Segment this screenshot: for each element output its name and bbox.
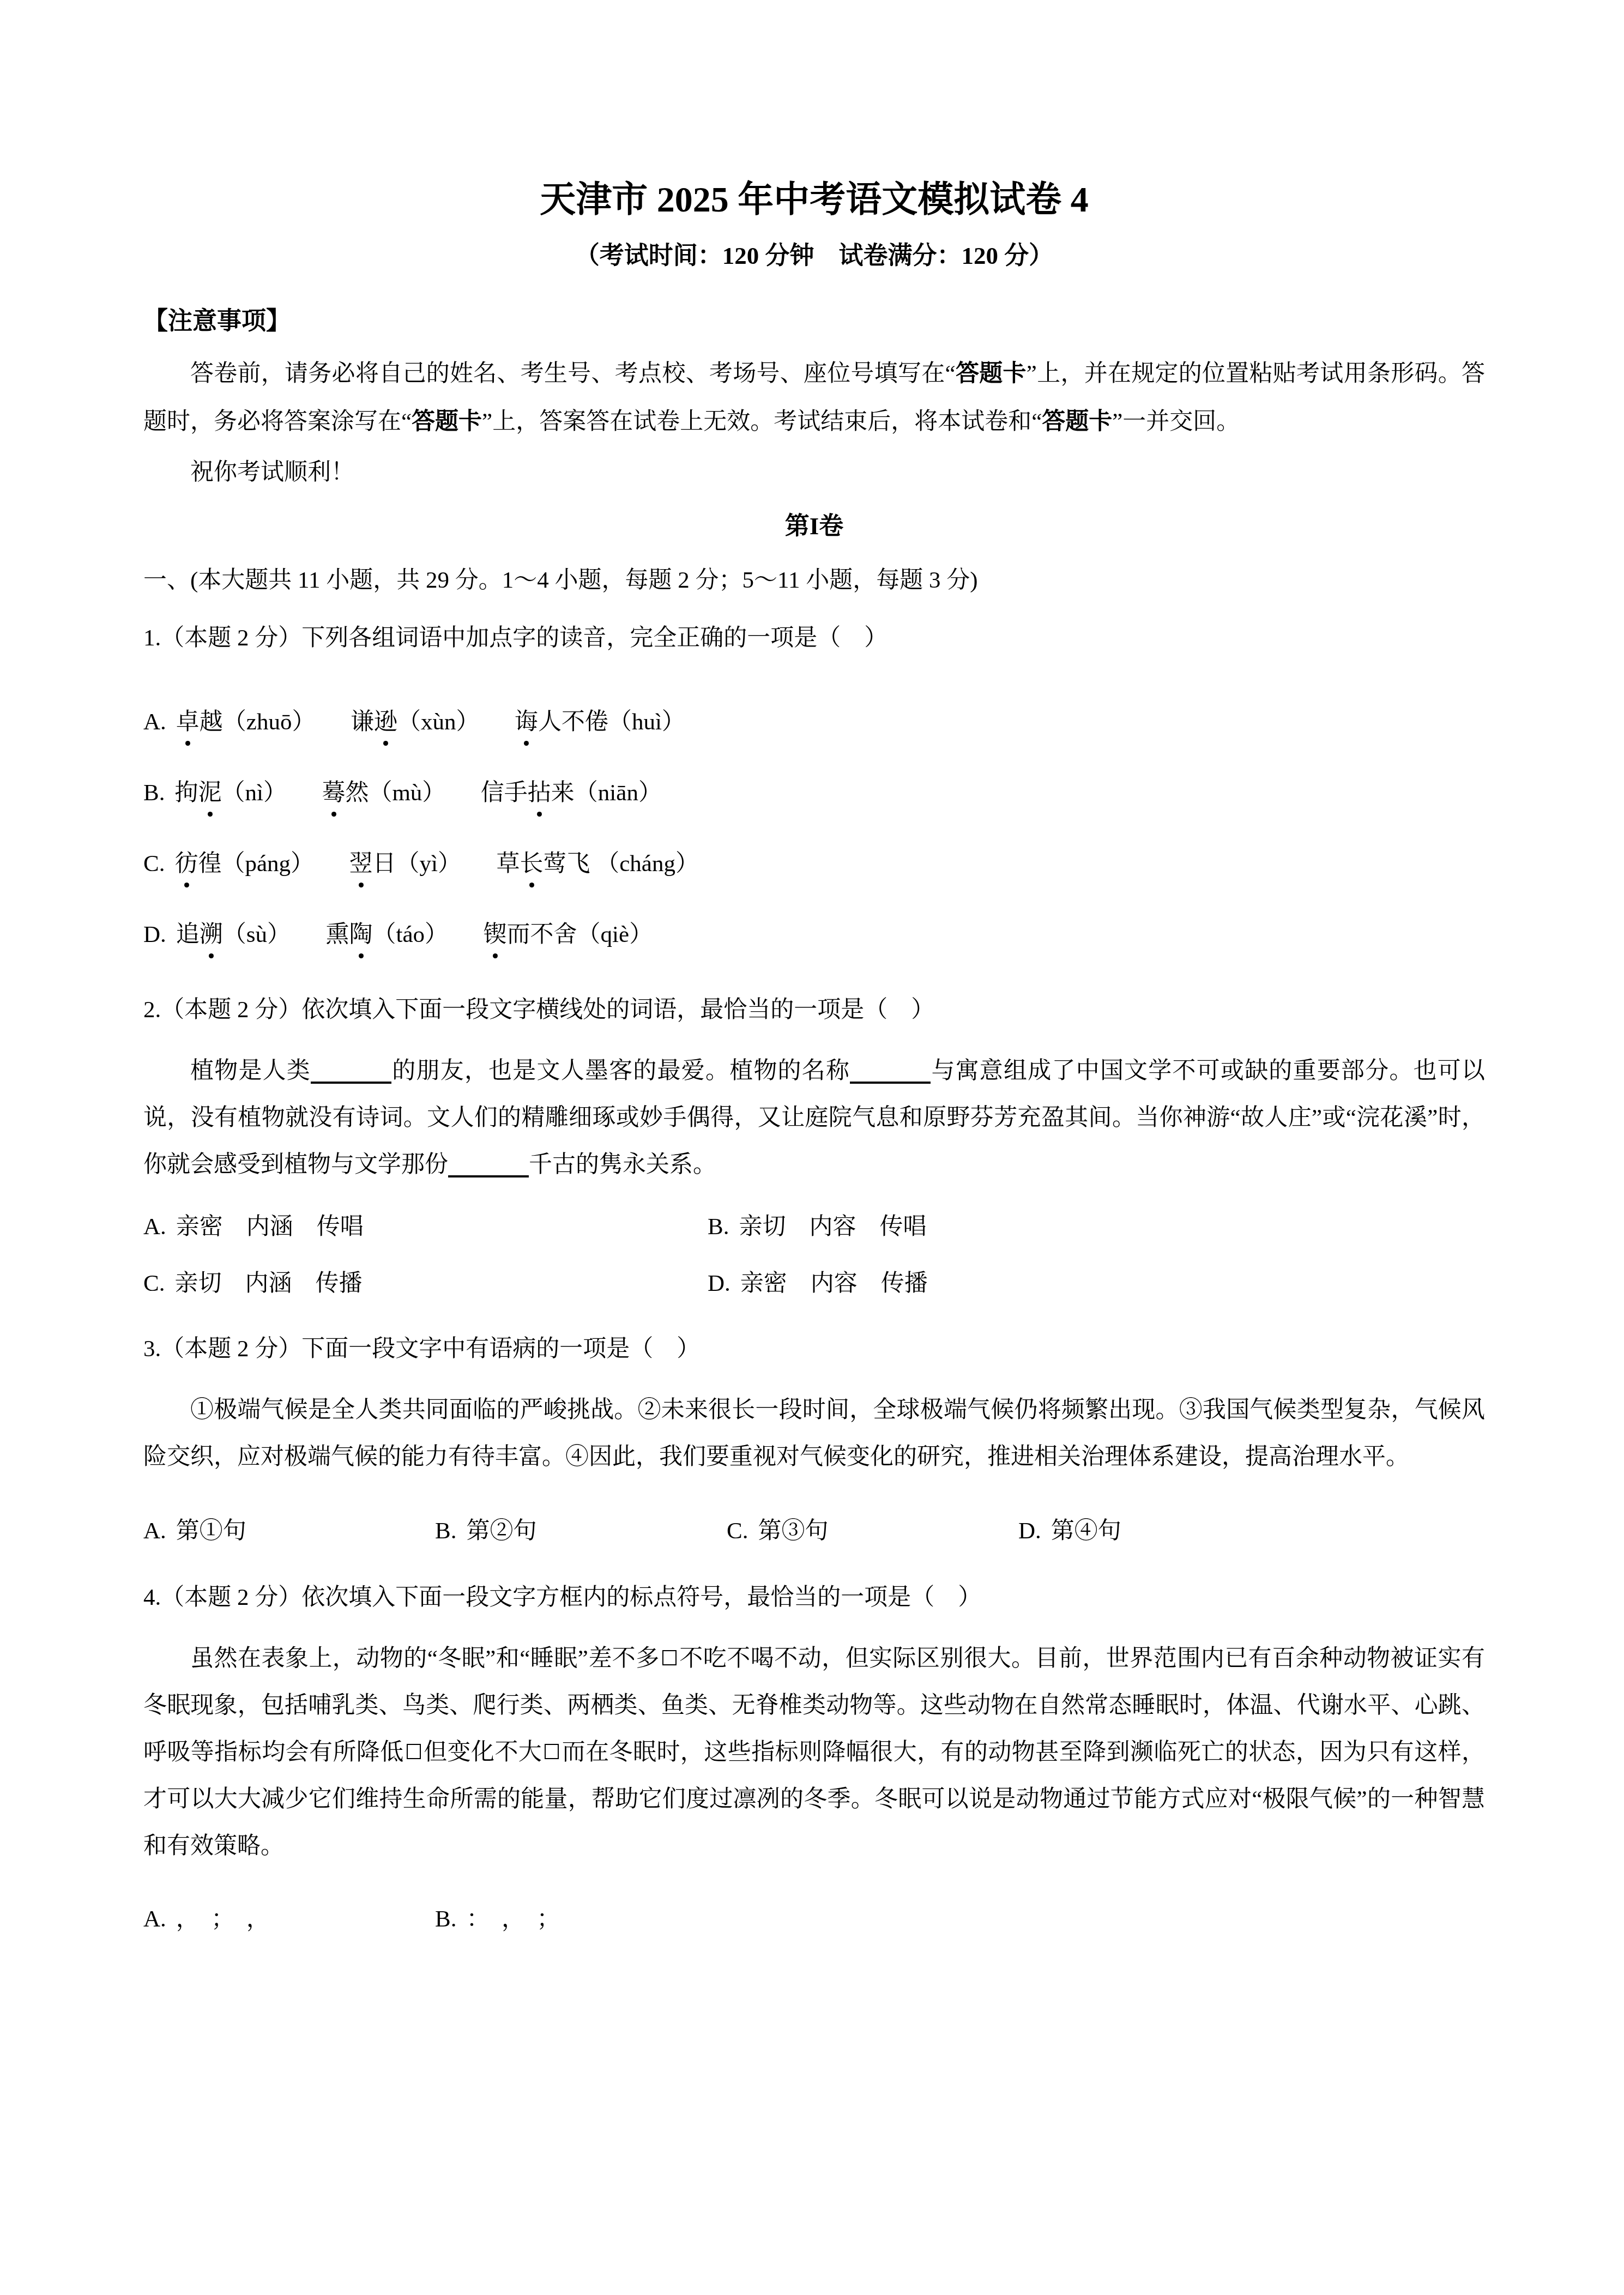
option-label: D. [143,918,166,952]
question-2-options-row-1: A. 亲密 内涵 传唱 B. 亲切 内容 传唱 [143,1210,1485,1244]
text-run: 拘 [174,780,198,806]
text-run: 答卷前，请务必将自己的姓名、考生号、考点校、考场号、座位号填写在“ [190,361,956,386]
question-2-option-c: C. 亲切 内涵 传播 [143,1267,708,1301]
dotted-character: 陶 [349,922,373,947]
question-3: 3.（本题 2 分）下面一段文字中有语病的一项是（ ） ①极端气候是全人类共同面… [143,1332,1485,1548]
option-label: A. [143,1903,166,1936]
dotted-character: 锲 [484,922,507,947]
question-4: 4.（本题 2 分）依次填入下面一段文字方框内的标点符号，最恰当的一项是（ ） … [143,1581,1485,1936]
option-label: A. [143,1514,166,1548]
question-1-option-d: D. 追溯（sù） 熏陶（táo） 锲而不舍（qiè） [143,918,1485,952]
text-run: 来（niān） [551,780,662,806]
text-run: 越（zhuō） [200,709,351,735]
blank-underline [448,1172,529,1177]
text-run: 日（yì） [373,851,497,877]
good-luck-line: 祝你考试顺利！ [143,456,1485,490]
dotted-character: 彷 [174,851,198,877]
text-run: 千古的隽永关系。 [529,1152,716,1177]
question-2: 2.（本题 2 分）依次填入下面一段文字横线处的词语，最恰当的一项是（ ） 植物… [143,993,1485,1301]
option-text: 第①句 [176,1514,246,1548]
option-label: C. [727,1514,748,1548]
question-2-option-a: A. 亲密 内涵 传唱 [143,1210,708,1244]
text-run: ”上，答案答在试卷上无效。考试结束后，将本试卷和“ [482,409,1042,434]
question-2-option-b: B. 亲切 内容 传唱 [708,1210,926,1244]
question-4-passage: 虽然在表象上，动物的“冬眠”和“睡眠”差不多不吃不喝不动，但实际区别很大。目前，… [143,1635,1485,1870]
question-3-stem: 3.（本题 2 分）下面一段文字中有语病的一项是（ ） [143,1332,1485,1366]
question-4-option-b: B. ： ， ； [435,1903,560,1936]
blank-underline [850,1078,931,1084]
notice-paragraph: 答卷前，请务必将自己的姓名、考生号、考点校、考场号、座位号填写在“答题卡”上，并… [143,350,1485,446]
text-run: （sù） [223,922,326,947]
question-3-option-c: C. 第③句 [727,1514,1018,1548]
punctuation-box [545,1744,559,1759]
text-run: （nì） [221,780,322,806]
text-run: 人不倦（huì） [538,709,685,735]
question-1-option-c: C. 彷徨（páng） 翌日（yì） 草长莺飞 （cháng） [143,847,1485,881]
option-text: 亲切 内容 传唱 [739,1210,926,1244]
bold-text: 答题卡 [1042,409,1112,434]
option-label: B. [435,1514,456,1548]
punctuation-box [407,1744,421,1759]
dotted-character: 卓 [176,709,200,735]
option-text: 亲密 内容 传播 [740,1267,928,1301]
option-text: 拘泥（nì） 蓦然（mù） 信手拈来（niān） [174,776,661,810]
question-2-option-d: D. 亲密 内容 传播 [708,1267,928,1301]
text-run: 草 [496,851,520,877]
bold-text: 答题卡 [412,409,482,434]
question-1-option-a: A. 卓越（zhuō） 谦逊（xùn） 诲人不倦（huì） [143,705,1485,739]
option-label: B. [143,776,165,810]
text-run: 莺飞 （cháng） [543,851,698,877]
text-run: 然（mù） [345,780,480,806]
option-text: 彷徨（páng） 翌日（yì） 草长莺飞 （cháng） [174,847,698,881]
text-run: 而不舍（qiè） [507,922,653,947]
blank-underline [311,1078,391,1084]
punctuation-box [662,1650,677,1665]
question-3-option-d: D. 第④句 [1018,1514,1121,1548]
question-4-stem: 4.（本题 2 分）依次填入下面一段文字方框内的标点符号，最恰当的一项是（ ） [143,1581,1485,1615]
question-3-option-a: A. 第①句 [143,1514,435,1548]
option-label: D. [1018,1514,1041,1548]
option-text: ， ； ， [176,1903,270,1936]
exam-title: 天津市 2025 年中考语文模拟试卷 4 [143,180,1485,220]
option-text: 亲密 内涵 传唱 [176,1210,364,1244]
dotted-character: 泥 [198,780,221,806]
text-run: 信手 [481,780,528,806]
dotted-character: 蓦 [322,780,345,806]
text-run: 追 [176,922,200,947]
text-run: 谦 [351,709,374,735]
option-label: A. [143,705,166,739]
option-text: 第②句 [466,1514,536,1548]
option-label: C. [143,1267,165,1301]
option-text: 追溯（sù） 熏陶（táo） 锲而不舍（qiè） [176,918,653,952]
dotted-character: 逊 [374,709,397,735]
option-text: 第③句 [758,1514,828,1548]
text-run: 但变化不大 [424,1740,542,1765]
exam-info-line: （考试时间：120 分钟 试卷满分：120 分） [143,241,1485,270]
text-run: （táo） [373,922,484,947]
question-1-stem: 1.（本题 2 分）下列各组词语中加点字的读音，完全正确的一项是（ ） [143,621,1485,655]
option-label: C. [143,847,165,881]
dotted-character: 翌 [349,851,373,877]
text-run: 植物是人类 [190,1058,311,1084]
question-3-option-b: B. 第②句 [435,1514,727,1548]
bold-text: 答题卡 [956,361,1027,386]
dotted-character: 长 [520,851,543,877]
part-1-heading: 第I卷 [143,509,1485,543]
question-1-option-b: B. 拘泥（nì） 蓦然（mù） 信手拈来（niān） [143,776,1485,810]
option-label: B. [708,1210,729,1244]
option-text: 第④句 [1051,1514,1121,1548]
question-2-options-row-2: C. 亲切 内涵 传播 D. 亲密 内容 传播 [143,1267,1485,1301]
question-4-option-a: A. ， ； ， [143,1903,435,1936]
text-run: 的朋友，也是文人墨客的最爱。植物的名称 [391,1058,850,1084]
option-text: ： ， ； [466,1903,560,1936]
section-1-heading: 一、(本大题共 11 小题，共 29 分。1～4 小题，每题 2 分；5～11 … [143,564,1485,597]
dotted-character: 诲 [515,709,538,735]
text-run: 熏 [326,922,349,947]
option-text: 卓越（zhuō） 谦逊（xùn） 诲人不倦（huì） [176,705,685,739]
option-label: B. [435,1903,456,1936]
option-label: D. [708,1267,731,1301]
question-3-options-row: A. 第①句 B. 第②句 C. 第③句 D. 第④句 [143,1514,1485,1548]
question-2-stem: 2.（本题 2 分）依次填入下面一段文字横线处的词语，最恰当的一项是（ ） [143,993,1485,1027]
text-run: 徨（páng） [198,851,349,877]
option-label: A. [143,1210,166,1244]
text-run: 虽然在表象上，动物的“冬眠”和“睡眠”差不多 [190,1646,660,1671]
text-run: （xùn） [397,709,515,735]
question-1: 1.（本题 2 分）下列各组词语中加点字的读音，完全正确的一项是（ ） A. 卓… [143,621,1485,952]
notice-heading: 【注意事项】 [143,304,1485,338]
exam-paper-page: 天津市 2025 年中考语文模拟试卷 4 （考试时间：120 分钟 试卷满分：1… [0,0,1624,2295]
text-run: ”一并交回。 [1112,409,1240,434]
question-4-options-row: A. ， ； ， B. ： ， ； [143,1903,1485,1936]
question-2-passage: 植物是人类的朋友，也是文人墨客的最爱。植物的名称与寓意组成了中国文学不可或缺的重… [143,1048,1485,1188]
dotted-character: 溯 [200,922,223,947]
dotted-character: 拈 [528,780,551,806]
question-3-passage: ①极端气候是全人类共同面临的严峻挑战。②未来很长一段时间，全球极端气候仍将频繁出… [143,1387,1485,1481]
option-text: 亲切 内涵 传播 [174,1267,362,1301]
